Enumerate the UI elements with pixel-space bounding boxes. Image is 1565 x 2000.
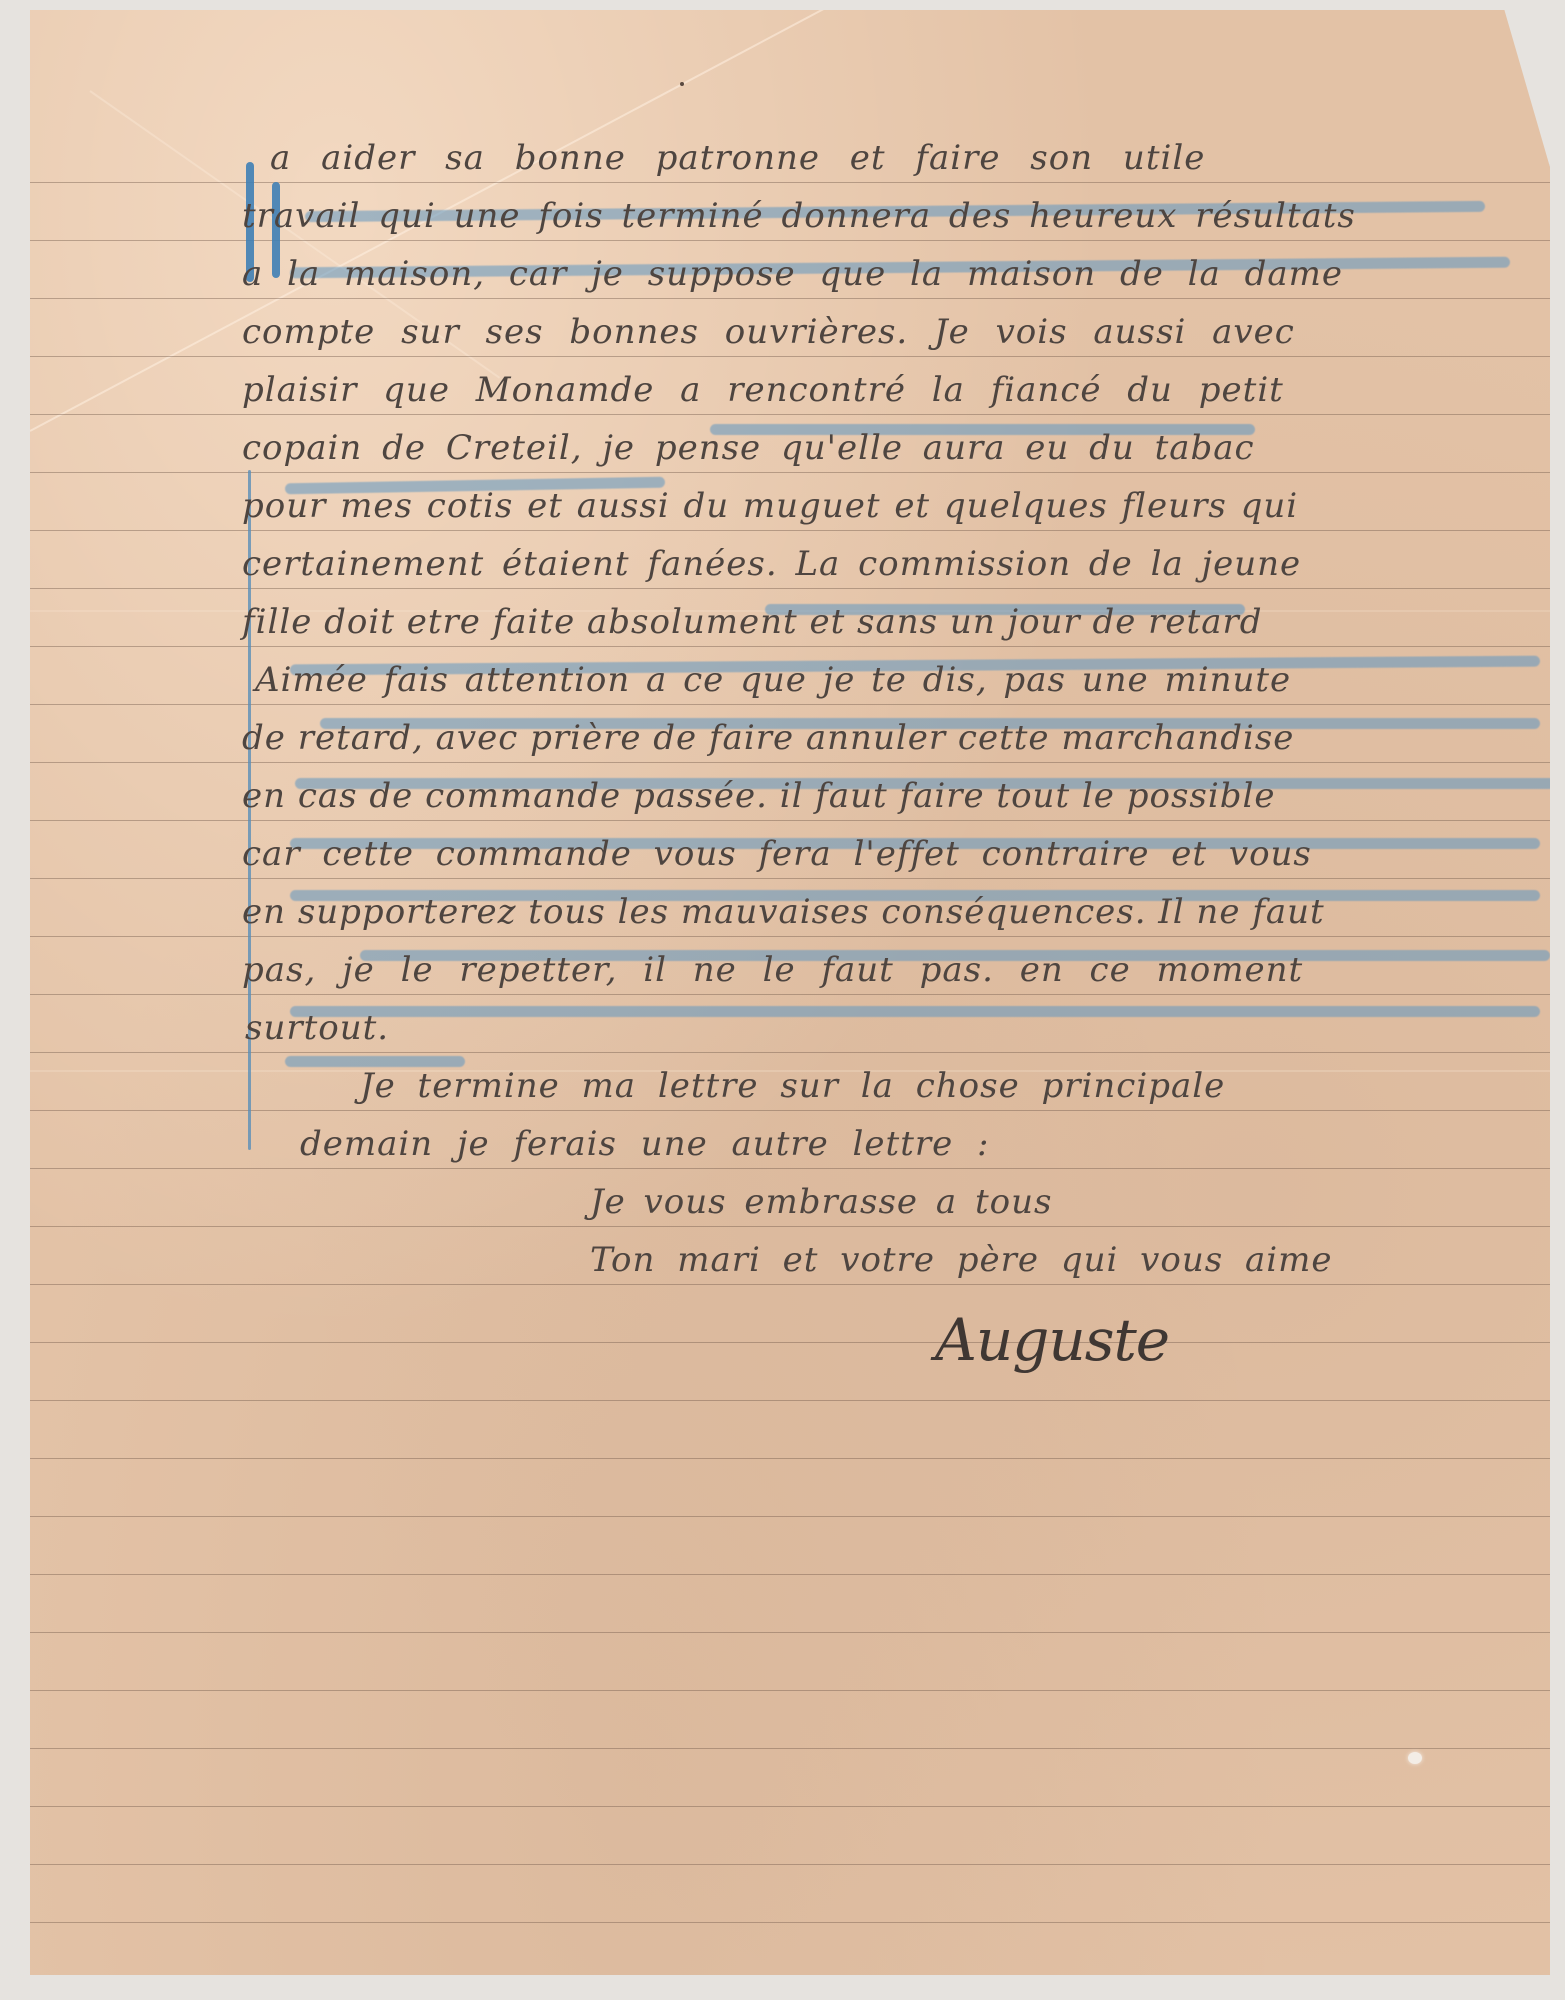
ruled-line <box>30 1922 1550 1923</box>
ruled-line <box>30 472 1550 473</box>
ruled-line <box>30 994 1550 995</box>
letter-line: plaisir que Monamde a rencontré la fianc… <box>242 370 1284 410</box>
letter-line: a aider sa bonne patronne et faire son u… <box>270 138 1205 178</box>
letter-line: Aimée fais attention a ce que je te dis,… <box>255 660 1291 700</box>
closing-line: demain je ferais une autre lettre : <box>300 1124 990 1164</box>
ruled-line <box>30 1458 1550 1459</box>
letter-line: copain de Creteil, je pense qu'elle aura… <box>242 428 1255 468</box>
letter-line: en cas de commande passée. il faut faire… <box>242 776 1276 816</box>
ruled-line <box>30 298 1550 299</box>
letter-line: fille doit etre faite absolument et sans… <box>242 602 1263 642</box>
ruled-line <box>30 1516 1550 1517</box>
closing-line: Ton mari et votre père qui vous aime <box>590 1240 1333 1280</box>
ruled-line <box>30 588 1550 589</box>
ruled-line <box>30 1864 1550 1865</box>
ruled-line <box>30 820 1550 821</box>
ruled-line <box>30 182 1550 183</box>
ink-dot <box>680 82 684 86</box>
letter-line: surtout. <box>245 1008 389 1048</box>
ruled-line <box>30 414 1550 415</box>
letter-page: a aider sa bonne patronne et faire son u… <box>30 10 1550 1975</box>
ruled-line <box>30 1690 1550 1691</box>
ruled-line <box>30 1284 1550 1285</box>
ruled-line <box>30 1806 1550 1807</box>
letter-line: car cette commande vous fera l'effet con… <box>242 834 1312 874</box>
ruled-line <box>30 762 1550 763</box>
ruled-line <box>30 1574 1550 1575</box>
closing-line: Je vous embrasse a tous <box>590 1182 1052 1222</box>
letter-line: en supporterez tous les mauvaises conséq… <box>242 892 1325 932</box>
letter-line: pour mes cotis et aussi du muguet et que… <box>242 486 1298 526</box>
closing-line: Je termine ma lettre sur la chose princi… <box>360 1066 1225 1106</box>
blue-underline <box>290 1006 1540 1017</box>
ruled-line <box>30 1400 1550 1401</box>
letter-line: pas, je le repetter, il ne le faut pas. … <box>242 950 1303 990</box>
ruled-line <box>30 646 1550 647</box>
ruled-line <box>30 936 1550 937</box>
letter-line: travail qui une fois terminé donnera des… <box>242 196 1356 236</box>
ruled-line <box>30 1110 1550 1111</box>
ruled-line <box>30 240 1550 241</box>
ruled-line <box>30 1168 1550 1169</box>
ruled-line <box>30 878 1550 879</box>
paper-hole <box>1408 1752 1422 1764</box>
ruled-line <box>30 356 1550 357</box>
ruled-line <box>30 1342 1550 1343</box>
letter-line: compte sur ses bonnes ouvrières. Je vois… <box>242 312 1295 352</box>
letter-line: certainement étaient fanées. La commissi… <box>242 544 1301 584</box>
ruled-line <box>30 530 1550 531</box>
letter-line: de retard, avec prière de faire annuler … <box>242 718 1294 758</box>
ruled-line <box>30 1052 1550 1053</box>
ruled-line <box>30 704 1550 705</box>
ruled-line <box>30 1226 1550 1227</box>
ruled-line <box>30 1748 1550 1749</box>
signature: Auguste <box>935 1306 1169 1374</box>
letter-line: a la maison, car je suppose que la maiso… <box>242 254 1343 294</box>
ruled-line <box>30 1632 1550 1633</box>
